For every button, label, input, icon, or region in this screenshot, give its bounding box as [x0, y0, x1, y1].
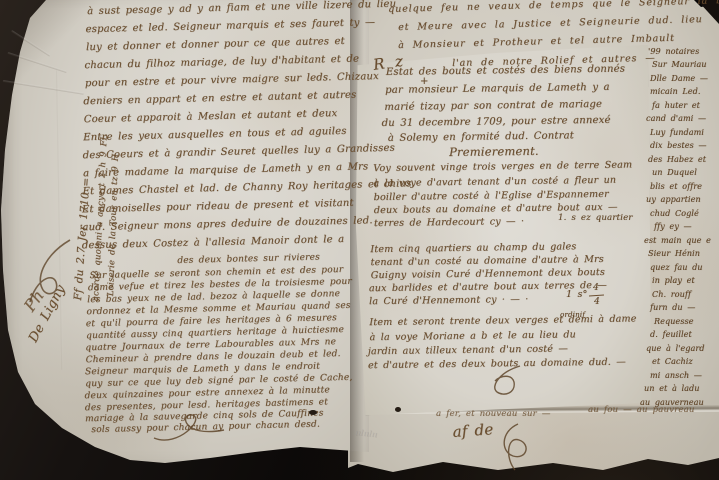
paper-hole	[395, 407, 401, 412]
manuscript-photo: à sust pesage y ad y an fiam et une vill…	[0, 0, 719, 480]
ink-speck	[309, 410, 317, 415]
inset-sheet	[354, 45, 651, 416]
